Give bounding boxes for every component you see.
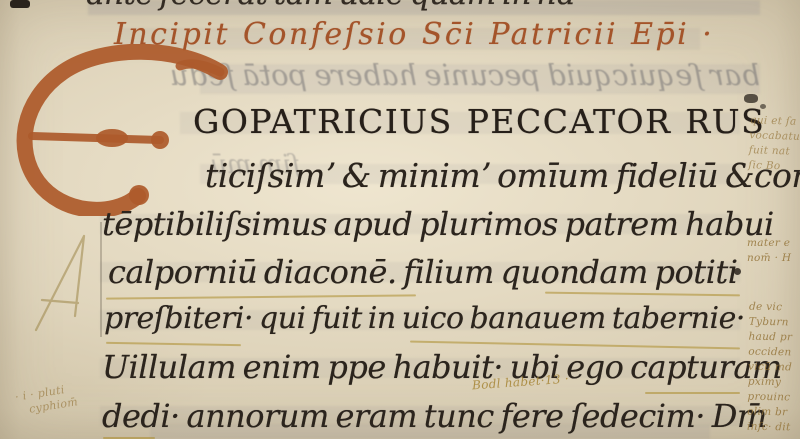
margin-note-right-mid: mater e nom̄ · H bbox=[747, 236, 791, 266]
margin-note-right-lower: de vic Tyburn haud pr occiden vicū md px… bbox=[747, 300, 793, 436]
cropped-top-text-line: ante ſecerat tam̄ uale quam̄ in ha bbox=[86, 0, 575, 12]
margin-dot bbox=[734, 268, 741, 275]
old-underline bbox=[106, 294, 416, 299]
margin-note-right-upper: qui et ſa vocabatu fuit nat ſic Bo bbox=[748, 113, 800, 175]
text-line-6: Uillulam enim ppe habuit· ubi ego captur… bbox=[102, 348, 782, 386]
text-line-3: tēptibiliſsimus apud plurimos patrem hab… bbox=[102, 205, 774, 243]
text-line-7: dedi· annorum eram tunc fere ſedecim· Dm… bbox=[102, 397, 767, 435]
text-line-5: preſbiteri· qui fuit in uico banauem tab… bbox=[104, 301, 745, 336]
showthrough-text: bar ſequicquid pecunie habere potā ſedu bbox=[208, 58, 760, 92]
margin-a-mark bbox=[28, 232, 98, 337]
text-line-2: ticiſsimʼ & minimʼ omīum fideliū &con bbox=[205, 156, 800, 195]
ink-speck bbox=[10, 0, 30, 8]
column-ruling-line bbox=[100, 222, 102, 337]
old-underline bbox=[645, 392, 740, 394]
old-underline bbox=[545, 292, 740, 297]
text-line-1: GOPATRICIUS PECCATOR RUS bbox=[193, 102, 765, 141]
text-line-4: calporniū diaconē. filium quondam potiti bbox=[108, 253, 737, 291]
old-underline bbox=[106, 342, 241, 346]
manuscript-page: bar ſequicquid pecunie habere potā ſedu … bbox=[0, 0, 800, 439]
margin-note-left-bottom: · i · pluti cyphiom̄ bbox=[14, 381, 79, 418]
